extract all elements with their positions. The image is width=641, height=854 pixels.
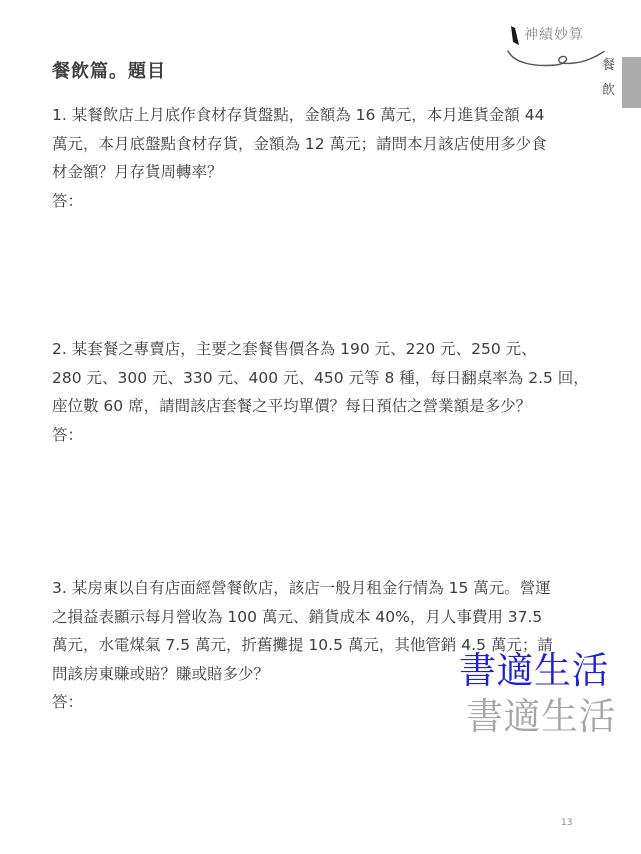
- question-text: 1. 某餐飲店上月底作食材存貨盤點，金額為 16 萬元，本月進貨金額 44 萬元…: [52, 101, 601, 187]
- page-title: 餐飲篇。題目: [52, 57, 166, 83]
- chapter-tab-char: 飲: [602, 84, 615, 97]
- question-block-1: 1. 某餐飲店上月底作食材存貨盤點，金額為 16 萬元，本月進貨金額 44 萬元…: [52, 101, 601, 215]
- chapter-tab-label: 餐 飲: [602, 59, 615, 97]
- chapter-tab-bar: [622, 57, 641, 108]
- brand-logo: 神績妙算: [510, 24, 614, 68]
- pen-nib-icon: [510, 26, 521, 47]
- document-page: 神績妙算 餐 飲 餐飲篇。題目 1. 某餐飲店上月底作食材存貨盤點，金額為 16…: [0, 0, 641, 854]
- answer-label: 答：: [52, 421, 601, 450]
- question-block-2: 2. 某套餐之專賣店，主要之套餐售價各為 190 元、220 元、250 元、 …: [52, 335, 601, 449]
- page-number: 13: [561, 818, 572, 828]
- answer-label: 答：: [52, 187, 601, 216]
- watermark-blue: 書適生活: [459, 640, 609, 694]
- underline-swoosh-icon: [506, 48, 606, 68]
- question-text: 2. 某套餐之專賣店，主要之套餐售價各為 190 元、220 元、250 元、 …: [52, 335, 601, 421]
- chapter-tab-char: 餐: [602, 59, 615, 72]
- brand-text: 神績妙算: [524, 24, 584, 44]
